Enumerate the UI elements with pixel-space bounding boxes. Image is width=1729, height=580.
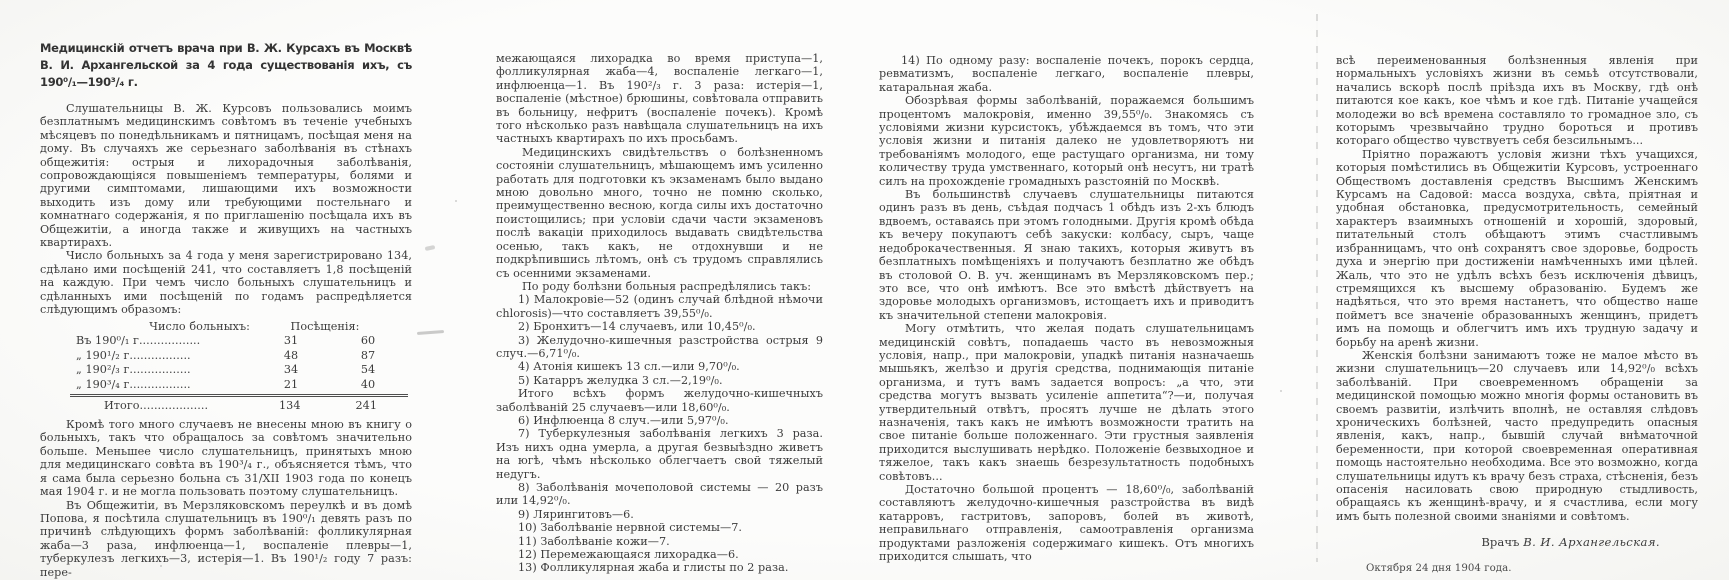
disease-list-subtotal: Итого всѣхъ формъ желудочно-кишечныхъ за… [496, 387, 823, 414]
paragraph: Кромѣ того много случаевъ не внесены мно… [40, 418, 412, 498]
scan-speck [160, 565, 162, 567]
row-label: Въ 190⁰/₁ г................. [40, 334, 256, 349]
row-visits: 40 [326, 378, 410, 393]
paragraph: Могу отмѣтить, что желая подать слушател… [879, 322, 1254, 483]
patients-visits-table: Число больныхъ: Посѣщенія: Въ 190⁰/₁ г..… [40, 320, 412, 415]
paragraph: Пріятно поражаютъ условія жизни тѣхъ уча… [1336, 148, 1698, 349]
table-total-row: Итого................... 134 241 [70, 394, 408, 414]
scan-smudge [417, 330, 444, 335]
row-patients: 21 [256, 378, 326, 393]
total-label: Итого................... [70, 399, 255, 414]
disease-list-item: 8) Заболѣванія мочеполовой системы — 20 … [496, 481, 823, 508]
row-patients: 31 [256, 334, 326, 349]
scan-speck [455, 200, 457, 202]
disease-list-item: 14) По одному разу: воспаленіе почекъ, п… [879, 54, 1254, 94]
disease-list-item: 12) Перемежающаяся лихорадка—6. [496, 548, 823, 561]
row-label: „ 190¹/₂ г................. [40, 349, 256, 364]
paragraph-continuation: всѣ переименованныя болѣзненныя явленія … [1336, 54, 1698, 148]
table-header-spacer [40, 320, 100, 335]
row-patients: 34 [256, 363, 326, 378]
disease-list-item: 4) Атонія кишекъ 13 сл.—или 9,70⁰/₀. [496, 360, 823, 373]
text-column-2: межающаяся лихорадка во время приступа—1… [496, 52, 823, 575]
signature-label: Врачъ [1481, 535, 1519, 549]
page-title: Медицинскій отчетъ врача при В. Ж. Курса… [40, 40, 412, 91]
disease-list-item: 2) Бронхитъ—14 случаевъ, или 10,45⁰/₀. [496, 320, 823, 333]
paragraph: По роду болѣзни больныя распредѣлялись т… [496, 280, 823, 293]
disease-list-item: 6) Инфлюенца 8 случ.—или 5,97⁰/₀. [496, 414, 823, 427]
paragraph: Обозрѣвая формы заболѣваній, поражаемся … [879, 94, 1254, 188]
signature: Врачъ В. И. Архангельская. [1336, 536, 1698, 549]
text-column-4: всѣ переименованныя болѣзненныя явленія … [1336, 54, 1698, 575]
scan-speck [402, 452, 404, 454]
scanned-report-page: { "col1": { "title": "Медицинскій отчетъ… [0, 0, 1729, 580]
row-patients: 48 [256, 349, 326, 364]
disease-list-item: 11) Заболѣваніе кожи—7. [496, 535, 823, 548]
disease-list-item: 7) Туберкулезныя заболѣванія легкихъ 3 р… [496, 427, 823, 481]
scan-speck [1280, 390, 1282, 392]
paragraph: Медицинскихъ свидѣтельствъ о болѣзненном… [496, 146, 823, 280]
table-header-row: Число больныхъ: Посѣщенія: [40, 320, 412, 335]
table-row: „ 190²/₃ г................. 34 54 [40, 363, 412, 378]
page-fold-line [1316, 14, 1318, 562]
row-visits: 87 [326, 349, 410, 364]
paragraph: Въ Общежитіи, въ Мерзляковскомъ переулкѣ… [40, 499, 412, 579]
table-header-patients: Число больныхъ: [100, 320, 250, 335]
table-row: „ 190¹/₂ г................. 48 87 [40, 349, 412, 364]
paragraph-continuation: межающаяся лихорадка во время приступа—1… [496, 52, 823, 146]
disease-list-item: 3) Желудочно-кишечныя разстройства остры… [496, 334, 823, 361]
row-label: „ 190²/₃ г................. [40, 363, 256, 378]
table-row: Въ 190⁰/₁ г................. 31 60 [40, 334, 412, 349]
signature-name: В. И. Архангельская. [1523, 535, 1660, 549]
paragraph: Слушательницы В. Ж. Курсовъ пользовались… [40, 102, 412, 249]
paragraph: Число больныхъ за 4 года у меня зарегист… [40, 249, 412, 316]
text-column-3: 14) По одному разу: воспаленіе почекъ, п… [879, 54, 1254, 563]
disease-list-item: 10) Заболѣваніе нервной системы—7. [496, 521, 823, 534]
table-header-visits: Посѣщенія: [250, 320, 400, 335]
total-visits: 241 [325, 399, 408, 414]
disease-list-item: 5) Катарръ желудка 3 сл.—2,19⁰/₀. [496, 374, 823, 387]
row-visits: 54 [326, 363, 410, 378]
disease-list-item: 13) Фолликулярная жаба и глисты по 2 раз… [496, 561, 823, 574]
paragraph: Женскія болѣзни занимаютъ тоже не малое … [1336, 349, 1698, 523]
total-patients: 134 [255, 399, 325, 414]
paragraph: Достаточно большой процентъ — 18,60⁰/₀, … [879, 483, 1254, 563]
disease-list-item: 9) Лярингитовъ—6. [496, 508, 823, 521]
row-visits: 60 [326, 334, 410, 349]
disease-list-item: 1) Малокровіе—52 (одинъ случай блѣдной н… [496, 293, 823, 320]
scan-smudge [425, 245, 436, 251]
row-label: „ 190³/₄ г................. [40, 378, 256, 393]
date-line: Октября 24 дня 1904 года. [1336, 562, 1698, 575]
table-row: „ 190³/₄ г................. 21 40 [40, 378, 412, 393]
paragraph: Въ большинствѣ случаевъ слушательницы пи… [879, 188, 1254, 322]
text-column-1: Медицинскій отчетъ врача при В. Ж. Курса… [40, 40, 412, 579]
